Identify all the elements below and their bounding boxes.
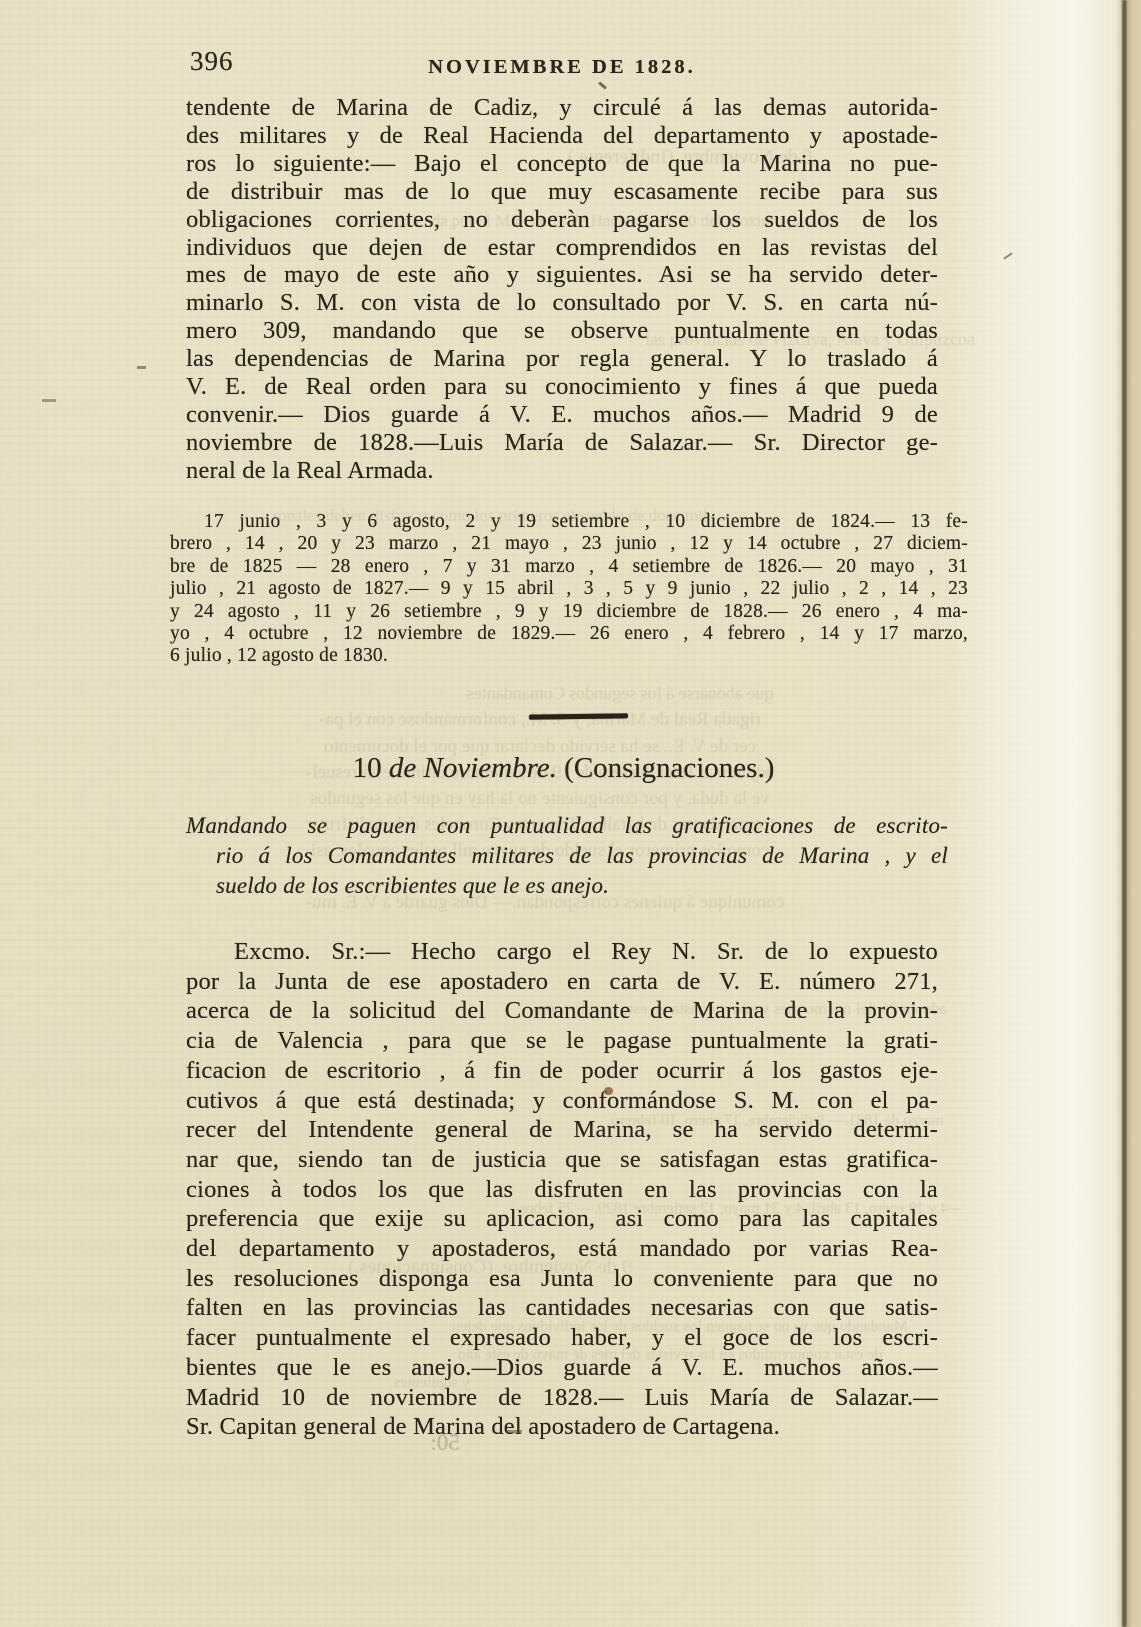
- text-line: 6 julio , 12 agosto de 1830.: [170, 645, 968, 667]
- text-line: julio , 21 agosto de 1827.— 9 y 15 abril…: [170, 578, 968, 600]
- text-line: y 24 agosto , 11 y 26 setiembre , 9 y 19…: [170, 601, 968, 623]
- text-line: cutivos á que está destinada; y conformá…: [186, 1086, 938, 1116]
- text-line: por la Junta de ese apostadero en carta …: [186, 967, 938, 997]
- show-through-text: ve la duda, y por consiguiente no la hay…: [180, 789, 900, 810]
- text-line: des militares y de Real Hacienda del dep…: [186, 122, 938, 150]
- text-line: ciones à todos los que las disfruten en …: [186, 1175, 938, 1205]
- text-line: rio á los Comandantes militares de las p…: [216, 841, 948, 871]
- text-line: sueldo de los escribientes que le es ane…: [216, 871, 948, 901]
- text-line: del departamento y apostaderos, está man…: [186, 1234, 938, 1264]
- entry-heading-day: 10: [353, 752, 389, 784]
- foxing-spot: [604, 1087, 613, 1095]
- entry-heading: 10 de Noviembre. (Consignaciones.): [186, 752, 941, 785]
- entry-heading-subject: (Consignaciones.): [557, 752, 774, 784]
- text-line: ficacion de escritorio , á fin de poder …: [186, 1056, 938, 1086]
- text-line: de distribuir mas de lo que muy escasame…: [186, 178, 938, 206]
- text-line: brero , 14 , 20 y 23 marzo , 21 mayo , 2…: [170, 533, 968, 555]
- text-line: les resoluciones disponga esa Junta lo c…: [186, 1264, 938, 1294]
- running-header: NOVIEMBRE DE 1828.: [186, 56, 938, 79]
- text-line: mes de mayo de este año y siguientes. As…: [186, 261, 938, 289]
- reference-dates-block: 17 junio , 3 y 6 agosto, 2 y 19 setiembr…: [170, 511, 968, 668]
- ink-speck: [42, 399, 56, 402]
- text-line: convenir.— Dios guarde á V. E. muchos añ…: [186, 401, 938, 429]
- entry-heading-month: de Noviembre.: [389, 752, 557, 784]
- text-line: Excmo. Sr.:— Hecho cargo el Rey N. Sr. d…: [186, 937, 938, 967]
- text-line: ros lo siguiente:— Bajo el concepto de q…: [186, 150, 938, 178]
- text-line: V. E. de Real orden para su conocimiento…: [186, 373, 938, 401]
- text-line: preferencia que exije su aplicacion, asi…: [186, 1204, 938, 1234]
- scanned-book-page: 6 de Noviembre. (Indiferente.)comunicada…: [0, 0, 1141, 1627]
- text-line: recer del Intendente general de Marina, …: [186, 1115, 938, 1145]
- text-line: las dependencias de Marina por regla gen…: [186, 345, 938, 373]
- text-line: neral de la Real Armada.: [186, 457, 938, 485]
- text-line: cia de Valencia , para que se le pagase …: [186, 1026, 938, 1056]
- ink-speck: [137, 366, 146, 369]
- show-through-text: rigada Real de Marina; y S. M., conformá…: [190, 710, 890, 731]
- text-line: yo , 4 octubre , 12 noviembre de 1829.— …: [170, 623, 968, 645]
- text-line: falten en las provincias las cantidades …: [186, 1293, 938, 1323]
- text-line: minarlo S. M. con vista de lo consultado…: [186, 289, 938, 317]
- text-line: bre de 1825 — 28 enero , 7 y 31 marzo , …: [170, 556, 968, 578]
- ink-speck: [598, 81, 607, 89]
- text-line: Sr. Capitan general de Marina del aposta…: [186, 1412, 938, 1442]
- text-line: nar que, siendo tan de justicia que se s…: [186, 1145, 938, 1175]
- text-line: Madrid 10 de noviembre de 1828.— Luis Ma…: [186, 1383, 938, 1413]
- text-line: acerca de la solicitud del Comandante de…: [186, 996, 938, 1026]
- text-line: bientes que le es anejo.—Dios guarde á V…: [186, 1353, 938, 1383]
- text-line: Mandando se paguen con puntualidad las g…: [216, 811, 948, 841]
- previous-entry-body: tendente de Marina de Cadiz, y circulé á…: [186, 94, 938, 485]
- entry-body: Excmo. Sr.:— Hecho cargo el Rey N. Sr. d…: [186, 937, 938, 1442]
- text-line: tendente de Marina de Cadiz, y circulé á…: [186, 94, 938, 122]
- text-line: 17 junio , 3 y 6 agosto, 2 y 19 setiembr…: [170, 511, 968, 533]
- next-page-edge: [1127, 0, 1141, 1627]
- entry-summary: Mandando se paguen con puntualidad las g…: [186, 811, 948, 902]
- text-line: mero 309, mandando que se observe puntua…: [186, 317, 938, 345]
- text-line: facer puntualmente el expresado haber, y…: [186, 1323, 938, 1353]
- ink-speck: [506, 1430, 522, 1433]
- page-curl-highlight: [955, 0, 1125, 1627]
- text-line: individuos que dejen de estar comprendid…: [186, 234, 938, 262]
- show-through-text: que abonarse á los segundos Comandantes: [360, 684, 880, 704]
- text-line: noviembre de 1828.—Luis María de Salazar…: [186, 429, 938, 457]
- text-line: obligaciones corrientes, no deberàn paga…: [186, 206, 938, 234]
